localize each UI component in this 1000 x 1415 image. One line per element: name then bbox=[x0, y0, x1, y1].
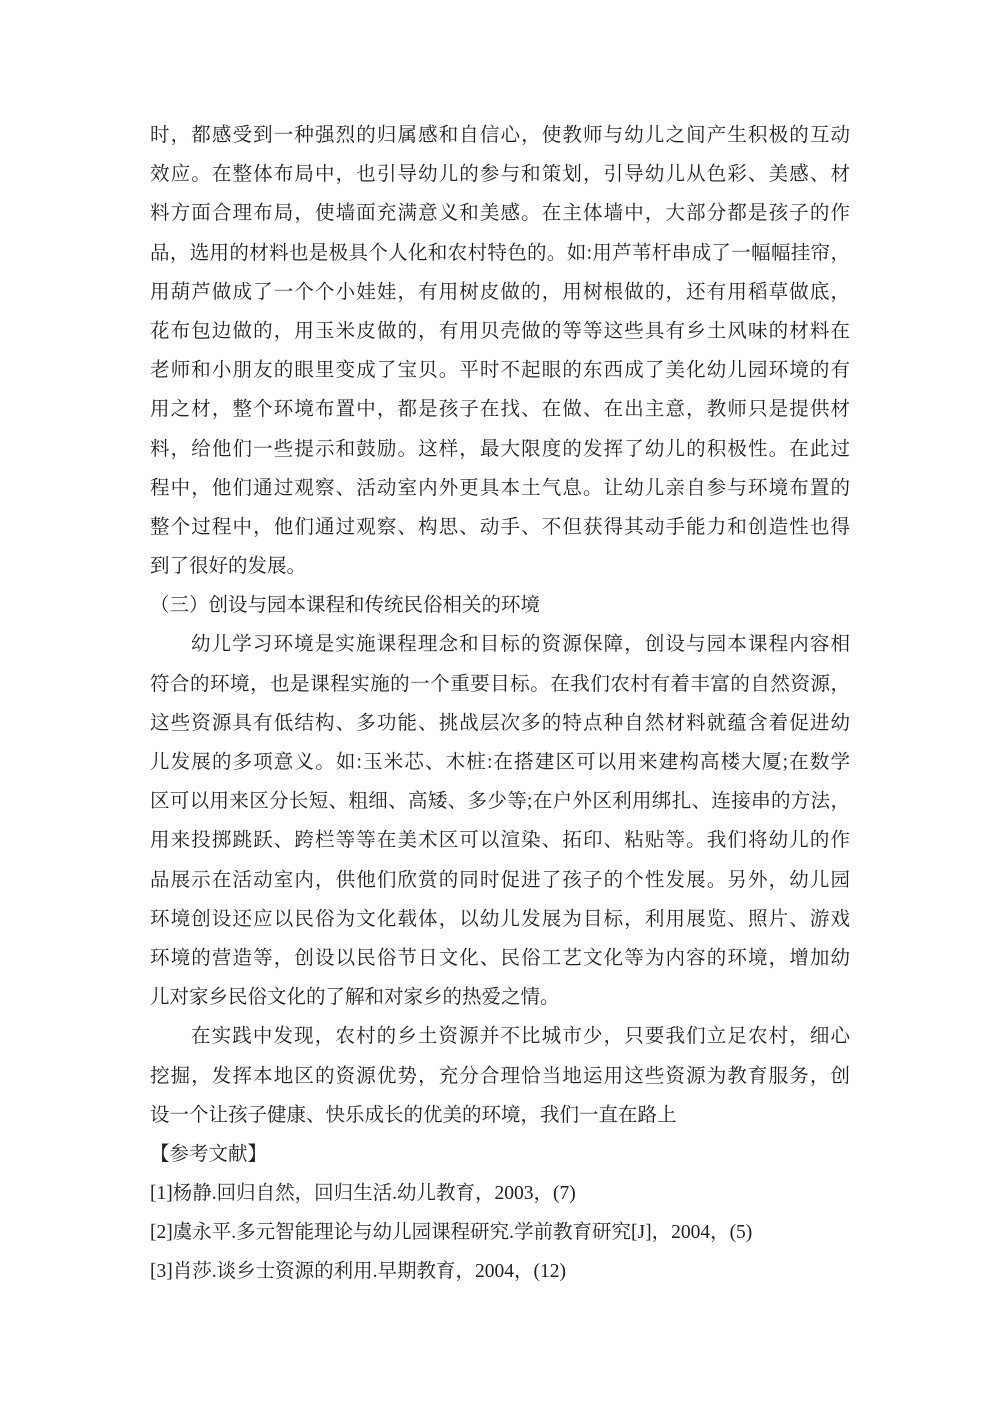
body-line: 料方面合理布局，使墙面充满意义和美感。在主体墙中，大部分都是孩子的作 bbox=[150, 194, 850, 233]
references-heading: 【参考文献】 bbox=[150, 1135, 850, 1174]
body-line: 效应。在整体布局中，也引导幼儿的参与和策划，引导幼儿从色彩、美感、材 bbox=[150, 155, 850, 194]
body-line: 儿发展的多项意义。如:玉米芯、木桩:在搭建区可以用来建构高楼大厦;在数学 bbox=[150, 743, 850, 782]
body-line: 设一个让孩子健康、快乐成长的优美的环境，我们一直在路上 bbox=[150, 1096, 850, 1135]
section-heading: （三）创设与园本课程和传统民俗相关的环境 bbox=[150, 586, 850, 625]
body-line: 品，选用的材料也是极具个人化和农村特色的。如:用芦苇杆串成了一幅幅挂帘， bbox=[150, 234, 850, 273]
document-text: 时，都感受到一种强烈的归属感和自信心，使教师与幼儿之间产生积极的互动效应。在整体… bbox=[150, 116, 850, 1292]
body-line: 挖掘，发挥本地区的资源优势，充分合理恰当地运用这些资源为教育服务，创 bbox=[150, 1057, 850, 1096]
body-line: 料，给他们一些提示和鼓励。这样，最大限度的发挥了幼儿的积极性。在此过 bbox=[150, 430, 850, 469]
reference-item: [1]杨静.回归自然，回归生活.幼儿教育，2003，(7) bbox=[150, 1174, 850, 1213]
body-line: 用葫芦做成了一个个小娃娃，有用树皮做的，用树根做的，还有用稻草做底， bbox=[150, 273, 850, 312]
body-line: 儿对家乡民俗文化的了解和对家乡的热爱之情。 bbox=[150, 978, 850, 1017]
body-line: 用之材，整个环境布置中，都是孩子在找、在做、在出主意，教师只是提供材 bbox=[150, 390, 850, 429]
reference-item: [2]虞永平.多元智能理论与幼儿园课程研究.学前教育研究[J]，2004，(5) bbox=[150, 1213, 850, 1252]
body-line: 品展示在活动室内，供他们欣赏的同时促进了孩子的个性发展。另外，幼儿园 bbox=[150, 861, 850, 900]
body-line: 环境创设还应以民俗为文化载体，以幼儿发展为目标，利用展览、照片、游戏 bbox=[150, 900, 850, 939]
body-line: 这些资源具有低结构、多功能、挑战层次多的特点种自然材料就蕴含着促进幼 bbox=[150, 704, 850, 743]
body-line: 符合的环境，也是课程实施的一个重要目标。在我们农村有着丰富的自然资源， bbox=[150, 665, 850, 704]
document-page: 时，都感受到一种强烈的归属感和自信心，使教师与幼儿之间产生积极的互动效应。在整体… bbox=[0, 0, 1000, 1415]
body-line: 区可以用来区分长短、粗细、高矮、多少等;在户外区利用绑扎、连接串的方法， bbox=[150, 782, 850, 821]
body-line: 程中，他们通过观察、活动室内外更具本土气息。让幼儿亲自参与环境布置的 bbox=[150, 469, 850, 508]
reference-item: [3]肖莎.谈乡士资源的利用.早期教育，2004，(12) bbox=[150, 1252, 850, 1291]
body-line: 花布包边做的，用玉米皮做的，有用贝壳做的等等这些具有乡土风味的材料在 bbox=[150, 312, 850, 351]
body-line: 用来投掷跳跃、跨栏等等在美术区可以渲染、拓印、粘贴等。我们将幼儿的作 bbox=[150, 821, 850, 860]
body-line: 环境的营造等，创设以民俗节日文化、民俗工艺文化等为内容的环境，增加幼 bbox=[150, 939, 850, 978]
body-line: 老师和小朋友的眼里变成了宝贝。平时不起眼的东西成了美化幼儿园环境的有 bbox=[150, 351, 850, 390]
body-line: 在实践中发现，农村的乡土资源并不比城市少，只要我们立足农村，细心 bbox=[150, 1017, 850, 1056]
body-line: 到了很好的发展。 bbox=[150, 547, 850, 586]
body-line: 幼儿学习环境是实施课程理念和目标的资源保障，创设与园本课程内容相 bbox=[150, 625, 850, 664]
body-line: 整个过程中，他们通过观察、构思、动手、不但获得其动手能力和创造性也得 bbox=[150, 508, 850, 547]
body-line: 时，都感受到一种强烈的归属感和自信心，使教师与幼儿之间产生积极的互动 bbox=[150, 116, 850, 155]
